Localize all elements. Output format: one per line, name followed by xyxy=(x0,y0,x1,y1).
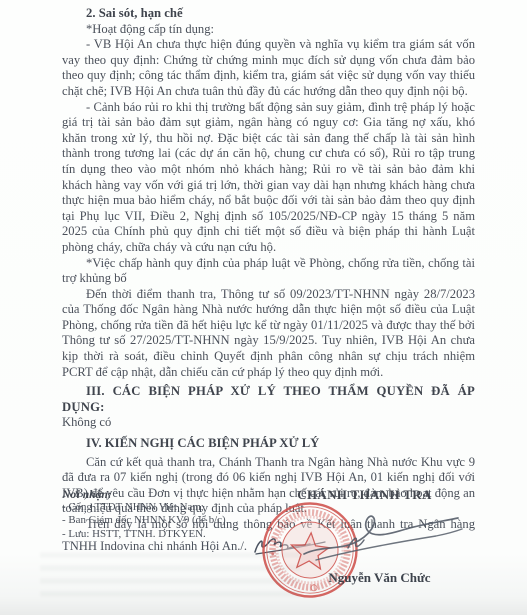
paragraph-risk-warning: - Cảnh báo rủi ro khi thị trường bất độn… xyxy=(62,100,475,256)
section-2-heading: 2. Sai sót, hạn chế xyxy=(62,6,475,22)
section-3-heading: III. CÁC BIỆN PHÁP XỬ LÝ THEO THẨM QUYỀN… xyxy=(62,384,475,415)
recipients-label: Nơi nhận: xyxy=(62,488,254,501)
document-body: 2. Sai sót, hạn chế *Hoạt động cấp tín d… xyxy=(62,6,475,557)
credit-activity-label: *Hoạt động cấp tín dụng: xyxy=(62,22,475,38)
handwritten-signature-scribble xyxy=(286,496,471,574)
paragraph-vb-hoian: - VB Hội An chưa thực hiện đúng quyền và… xyxy=(62,37,475,99)
recipient-item: - Cổng TTĐT NHNN Việt Nam; xyxy=(62,501,254,514)
document-footer: Nơi nhận: - Cổng TTĐT NHNN Việt Nam; - B… xyxy=(62,488,475,608)
paragraph-inspection-time: Đến thời điểm thanh tra, Thông tư số 09/… xyxy=(62,287,475,381)
signer-name: Nguyễn Văn Chức xyxy=(284,570,475,586)
recipients-block: Nơi nhận: - Cổng TTĐT NHNN Việt Nam; - B… xyxy=(62,488,254,608)
document-page: 2. Sai sót, hạn chế *Hoạt động cấp tín d… xyxy=(0,0,527,615)
section-4-heading: IV. KIẾN NGHỊ CÁC BIỆN PHÁP XỬ LÝ xyxy=(62,436,475,452)
recipient-item: - Ban Giám đốc NHNN KV9 (để b/c) xyxy=(62,514,254,527)
section-3-body: Không có xyxy=(62,415,475,431)
signature-block: CHÁNH THANH TRA Ngu xyxy=(254,488,475,608)
aml-compliance-label: *Việc chấp hành quy định của pháp luật v… xyxy=(62,256,475,287)
recipient-item: - Lưu: HSTT, TTNH. DTKYEN. xyxy=(62,528,254,541)
